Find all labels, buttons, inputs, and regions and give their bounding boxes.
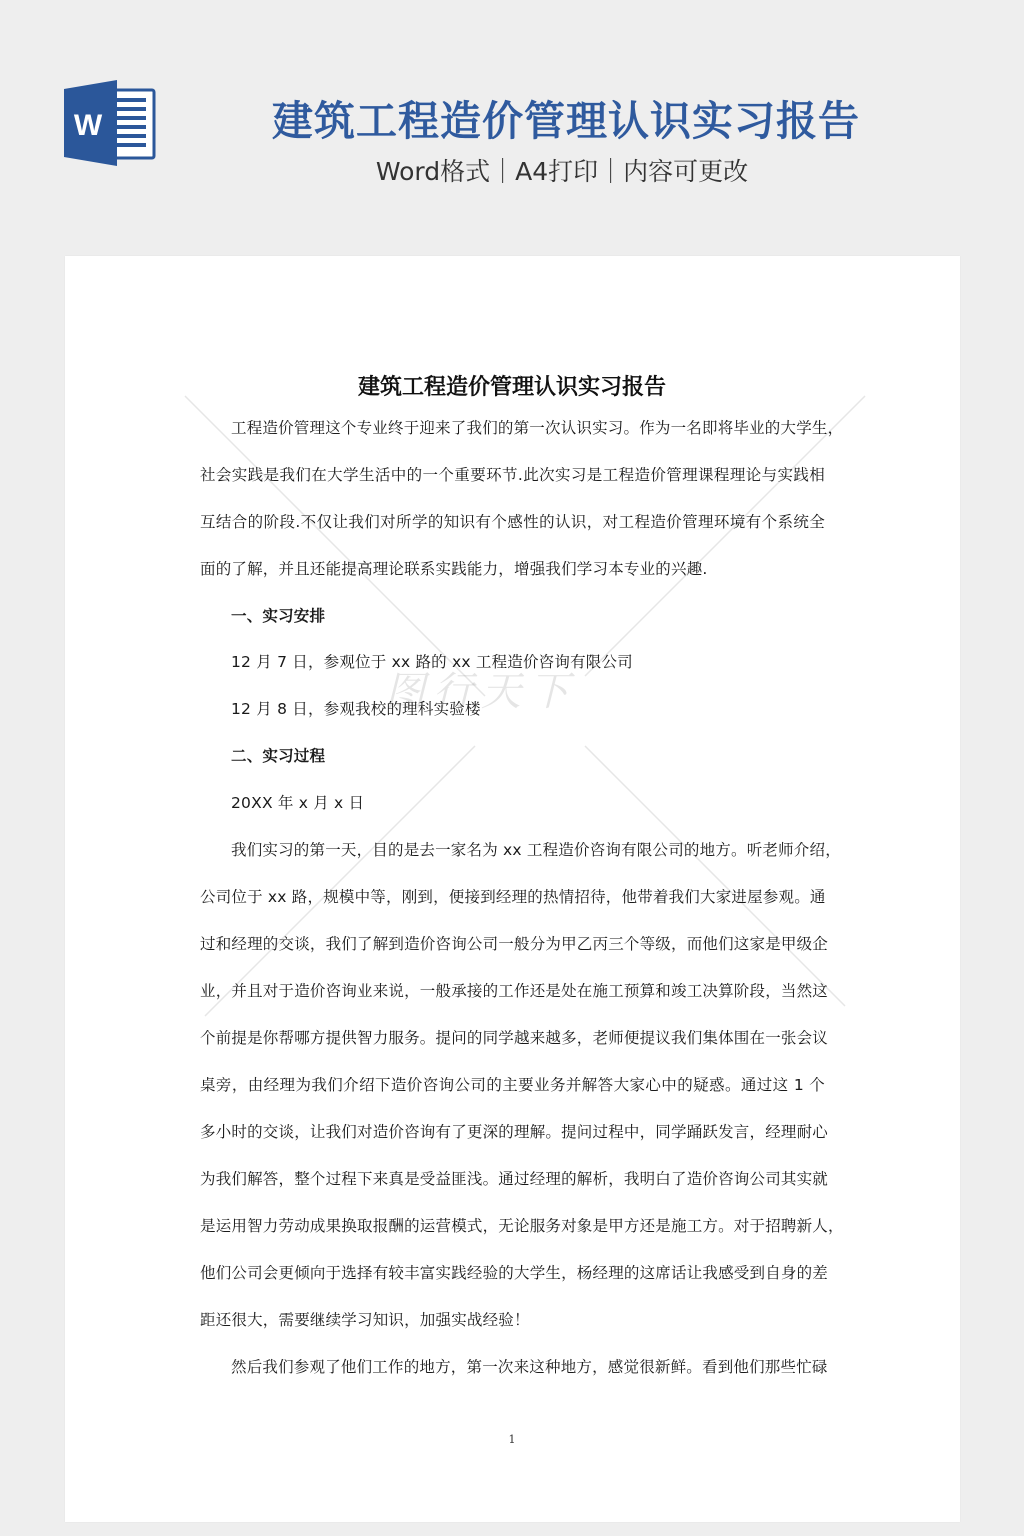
preview-header: W 建筑工程造价管理认识实习报告 Word格式｜A4打印｜内容可更改: [0, 0, 1024, 256]
paragraph-line: 12 月 7 日，参观位于 xx 路的 xx 工程造价咨询有限公司: [231, 650, 633, 672]
paragraph-line: 公司位于 xx 路，规模中等，刚到，便接到经理的热情招待，他带着我们大家进屋参观…: [200, 885, 825, 907]
paragraph-line: 是运用智力劳动成果换取报酬的运营模式，无论服务对象是甲方还是施工方。对于招聘新人…: [200, 1214, 825, 1236]
paragraph-line: 互结合的阶段.不仅让我们对所学的知识有个感性的认识，对工程造价管理环境有个系统全: [200, 510, 825, 532]
paragraph-line: 距还很大，需要继续学习知识，加强实战经验！: [200, 1308, 530, 1330]
paragraph-line: 他们公司会更倾向于选择有较丰富实践经验的大学生，杨经理的这席话让我感受到自身的差: [200, 1261, 825, 1283]
paragraph-line: 社会实践是我们在大学生活中的一个重要环节.此次实习是工程造价管理课程理论与实践相: [200, 463, 825, 485]
paragraph-line: 个前提是你帮哪方提供智力服务。提问的同学越来越多，老师便提议我们集体围在一张会议: [200, 1026, 825, 1048]
word-icon-letter: W: [74, 109, 103, 142]
paragraph-line: 过和经理的交谈，我们了解到造价咨询公司一般分为甲乙丙三个等级，而他们这家是甲级企: [200, 932, 825, 954]
header-subtitle: Word格式｜A4打印｜内容可更改: [272, 152, 852, 188]
paragraph-line: 我们实习的第一天，目的是去一家名为 xx 工程造价咨询有限公司的地方。听老师介绍…: [231, 838, 825, 860]
document-title: 建筑工程造价管理认识实习报告: [0, 370, 1024, 401]
paragraph-line: 为我们解答，整个过程下来真是受益匪浅。通过经理的解析，我明白了造价咨询公司其实就: [200, 1167, 825, 1189]
paragraph-line: 20XX 年 x 月 x 日: [231, 791, 364, 813]
section-heading: 二、实习过程: [231, 744, 325, 766]
section-heading: 一、实习安排: [231, 604, 325, 626]
paragraph-line: 然后我们参观了他们工作的地方，第一次来这种地方，感觉很新鲜。看到他们那些忙碌: [231, 1355, 825, 1377]
paragraph-line: 业，并且对于造价咨询业来说，一般承接的工作还是处在施工预算和竣工决算阶段，当然这: [200, 979, 825, 1001]
paragraph-line: 多小时的交谈，让我们对造价咨询有了更深的理解。提问过程中，同学踊跃发言，经理耐心: [200, 1120, 825, 1142]
paragraph-line: 桌旁，由经理为我们介绍下造价咨询公司的主要业务并解答大家心中的疑惑。通过这 1 …: [200, 1073, 825, 1095]
paragraph-line: 12 月 8 日，参观我校的理科实验楼: [231, 697, 481, 719]
word-document-icon: W: [64, 80, 158, 166]
paragraph-line: 工程造价管理这个专业终于迎来了我们的第一次认识实习。作为一名即将毕业的大学生，: [231, 416, 825, 438]
page-number: 1: [0, 1433, 1024, 1446]
header-title: 建筑工程造价管理认识实习报告: [272, 88, 852, 147]
paragraph-line: 面的了解，并且还能提高理论联系实践能力，增强我们学习本专业的兴趣.: [200, 557, 708, 579]
